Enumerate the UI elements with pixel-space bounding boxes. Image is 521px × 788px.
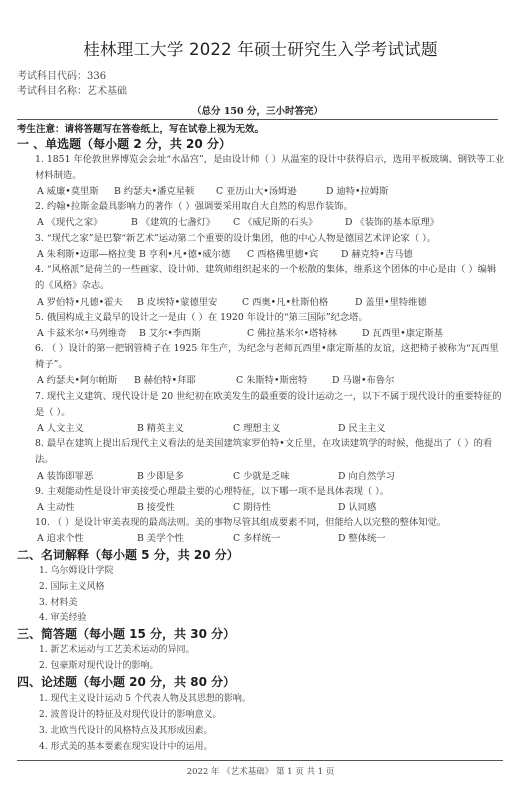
option-a: A 威廉•莫里斯 — [37, 185, 114, 199]
option-d: D 迪特•拉姆斯 — [326, 185, 388, 199]
option-b: B 亨利•凡•德•威尔德 — [139, 248, 247, 262]
question-stem: 10. （ ）是设计审美表现的最高法则。美的事物尽管其组成要素不同，但能给人以完… — [17, 515, 505, 531]
option-d: D 向自然学习 — [338, 470, 395, 484]
list-item: 2. 波普设计的特征及对现代设计的影响意义。 — [39, 708, 221, 722]
page-footer: 2022 年 《艺术基础》 第 1 页 共 1 页 — [0, 765, 521, 777]
option-c: C 多样统一 — [233, 532, 338, 546]
option-d: D 马谢•布鲁尔 — [332, 374, 394, 388]
option-a: A 卡兹米尔•马列维奇 — [37, 327, 139, 341]
question-stem: 9. 主观能动性是设计审美接受心理最主要的心理特征，以下哪一项不是具体表现（ ）… — [17, 484, 505, 500]
option-b: B 赫伯特•拜耶 — [134, 374, 236, 388]
list-item: 1. 现代主义设计运动 5 个代表人物及其思想的影响。 — [39, 692, 251, 706]
question-5-options: A 卡兹米尔•马列维奇B 艾尔•李西斯C 佛拉基米尔•塔特林D 瓦西里•康定斯基 — [37, 327, 443, 341]
question-stem: 1. 1851 年伦敦世界博览会会址“水晶宫”，是由设计师（ ）从温室的设计中获… — [17, 152, 505, 184]
question-10: 10. （ ）是设计审美表现的最高法则。美的事物尽管其组成要素不同，但能给人以完… — [17, 515, 505, 531]
list-item: 1. 新艺术运动与工艺美术运动的异同。 — [39, 643, 194, 657]
question-8-options: A 装饰即罪恶B 少即是多C 少就是乏味D 向自然学习 — [37, 470, 395, 484]
list-item: 3. 材料美 — [39, 596, 77, 610]
list-item: 4. 审美经验 — [39, 611, 86, 625]
option-c: C 西奥•凡•杜斯伯格 — [242, 296, 355, 310]
question-6-options: A 约瑟夫•阿尔帕斯B 赫伯特•拜耶C 朱斯特•斯密特D 马谢•布鲁尔 — [37, 374, 394, 388]
option-a: A 追求个性 — [37, 532, 137, 546]
option-b: B 皮埃特•蒙德里安 — [137, 296, 242, 310]
option-d: D 民主主义 — [338, 422, 386, 436]
list-item: 2. 包豪斯对现代设计的影响。 — [39, 659, 158, 673]
question-3: 3. “现代之家”是巴黎“新艺术”运动第二个重要的设计集团，他的中心人物是德国艺… — [17, 231, 505, 247]
question-9-options: A 主动性B 接受性C 期待性D 认同感 — [37, 501, 376, 515]
question-1: 1. 1851 年伦敦世界博览会会址“水晶宫”，是由设计师（ ）从温室的设计中获… — [17, 152, 505, 184]
section-heading-essay: 四、论述题（每小题 20 分，共 80 分） — [17, 673, 235, 690]
question-5: 5. 俄国构成主义最早的设计之一是由（ ）在 1920 年设计的“第三国际”纪念… — [17, 310, 505, 326]
option-a: A 《现代之家》 — [37, 216, 131, 230]
option-b: B 精英主义 — [137, 422, 233, 436]
list-item: 2. 国际主义风格 — [39, 580, 104, 594]
question-6: 6. （ ）设计的第一把钢管椅子在 1925 年生产，为纪念与老师瓦西里•康定斯… — [17, 341, 505, 373]
question-8: 8. 最早在建筑上提出后现代主义看法的是美国建筑家罗伯特•文丘里，在攻读建筑学的… — [17, 436, 505, 468]
question-4: 4. “风格派”是荷兰的一些画家、设计师、建筑师组织起来的一个松散的集体，维系这… — [17, 262, 505, 294]
option-a: A 主动性 — [37, 501, 137, 515]
question-4-options: A 罗伯特•凡德•霍夫B 皮埃特•蒙德里安C 西奥•凡•杜斯伯格D 盖里•里特维… — [37, 296, 427, 310]
question-stem: 3. “现代之家”是巴黎“新艺术”运动第二个重要的设计集团，他的中心人物是德国艺… — [17, 231, 505, 247]
option-d: D 《装饰的基本原理》 — [345, 216, 439, 230]
question-stem: 7. 现代主义建筑、现代设计是 20 世纪初在欧美发生的最重要的设计运动之一，以… — [17, 389, 505, 421]
option-a: A 人文主义 — [37, 422, 137, 436]
option-a: A 装饰即罪恶 — [37, 470, 137, 484]
option-a: A 罗伯特•凡德•霍夫 — [37, 296, 137, 310]
option-d: D 瓦西里•康定斯基 — [362, 327, 443, 341]
question-stem: 4. “风格派”是荷兰的一些画家、设计师、建筑师组织起来的一个松散的集体，维系这… — [17, 262, 505, 294]
option-c: C 期待性 — [233, 501, 338, 515]
option-d: D 赫克特•吉马德 — [341, 248, 413, 262]
subject-name: 考试科目名称：艺术基础 — [17, 85, 127, 99]
option-b: B 接受性 — [137, 501, 233, 515]
question-1-options: A 威廉•莫里斯B 约瑟夫•潘克星顿C 亚历山大•汤姆逊D 迪特•拉姆斯 — [37, 185, 388, 199]
subject-code: 考试科目代码：336 — [17, 70, 106, 84]
question-2-options: A 《现代之家》B 《建筑的七盏灯》C 《威尼斯的石头》D 《装饰的基本原理》 — [37, 216, 439, 230]
option-b: B 少即是多 — [137, 470, 233, 484]
option-d: D 盖里•里特维德 — [355, 296, 427, 310]
option-b: B 美学个性 — [137, 532, 233, 546]
list-item: 1. 乌尔姆设计学院 — [39, 564, 113, 578]
candidate-notice: 考生注意：请将答题写在答卷纸上，写在试卷上视为无效。 — [17, 121, 264, 135]
option-a: A 朱利斯•迈耶—格拉斐 — [37, 248, 139, 262]
option-c: C 西格佛里德•宾 — [247, 248, 341, 262]
option-c: C 《威尼斯的石头》 — [233, 216, 345, 230]
option-c: C 理想主义 — [233, 422, 338, 436]
option-b: B 约瑟夫•潘克星顿 — [114, 185, 216, 199]
exam-title: 桂林理工大学 2022 年硕士研究生入学考试试题 — [0, 36, 521, 60]
option-c: C 朱斯特•斯密特 — [236, 374, 332, 388]
question-3-options: A 朱利斯•迈耶—格拉斐B 亨利•凡•德•威尔德C 西格佛里德•宾D 赫克特•吉… — [37, 248, 413, 262]
score-note: （总分 150 分，三小时答完） — [17, 105, 498, 120]
option-c: C 少就是乏味 — [233, 470, 338, 484]
section-heading-single-choice: 一 、单选题（每小题 2 分，共 20 分） — [17, 135, 231, 152]
list-item: 3. 北欧当代设计的风格特点及其形成因素。 — [39, 724, 212, 738]
question-stem: 8. 最早在建筑上提出后现代主义看法的是美国建筑家罗伯特•文丘里，在攻读建筑学的… — [17, 436, 505, 468]
option-c: C 亚历山大•汤姆逊 — [216, 185, 326, 199]
list-item: 4. 形式美的基本要素在现实设计中的运用。 — [39, 740, 212, 754]
exam-page: 桂林理工大学 2022 年硕士研究生入学考试试题 考试科目代码：336 考试科目… — [0, 0, 521, 788]
option-d: D 认同感 — [338, 501, 376, 515]
question-10-options: A 追求个性B 美学个性C 多样统一D 整体统一 — [37, 532, 386, 546]
question-stem: 5. 俄国构成主义最早的设计之一是由（ ）在 1920 年设计的“第三国际”纪念… — [17, 310, 505, 326]
question-7: 7. 现代主义建筑、现代设计是 20 世纪初在欧美发生的最重要的设计运动之一，以… — [17, 389, 505, 421]
question-7-options: A 人文主义B 精英主义C 理想主义D 民主主义 — [37, 422, 386, 436]
option-b: B 《建筑的七盏灯》 — [131, 216, 233, 230]
option-a: A 约瑟夫•阿尔帕斯 — [37, 374, 134, 388]
footer-divider — [17, 760, 503, 761]
question-stem: 6. （ ）设计的第一把钢管椅子在 1925 年生产，为纪念与老师瓦西里•康定斯… — [17, 341, 505, 373]
section-heading-term-definition: 二、名词解释（每小题 5 分，共 20 分） — [17, 546, 239, 563]
question-stem: 2. 约翰•拉斯金最具影响力的著作（ ）强调要采用取自大自然的构思作装饰。 — [17, 199, 505, 215]
option-c: C 佛拉基米尔•塔特林 — [247, 327, 362, 341]
section-heading-short-answer: 三、简答题（每小题 15 分，共 30 分） — [17, 625, 235, 642]
option-b: B 艾尔•李西斯 — [139, 327, 247, 341]
option-d: D 整体统一 — [338, 532, 386, 546]
question-9: 9. 主观能动性是设计审美接受心理最主要的心理特征，以下哪一项不是具体表现（ ）… — [17, 484, 505, 500]
question-2: 2. 约翰•拉斯金最具影响力的著作（ ）强调要采用取自大自然的构思作装饰。 — [17, 199, 505, 215]
